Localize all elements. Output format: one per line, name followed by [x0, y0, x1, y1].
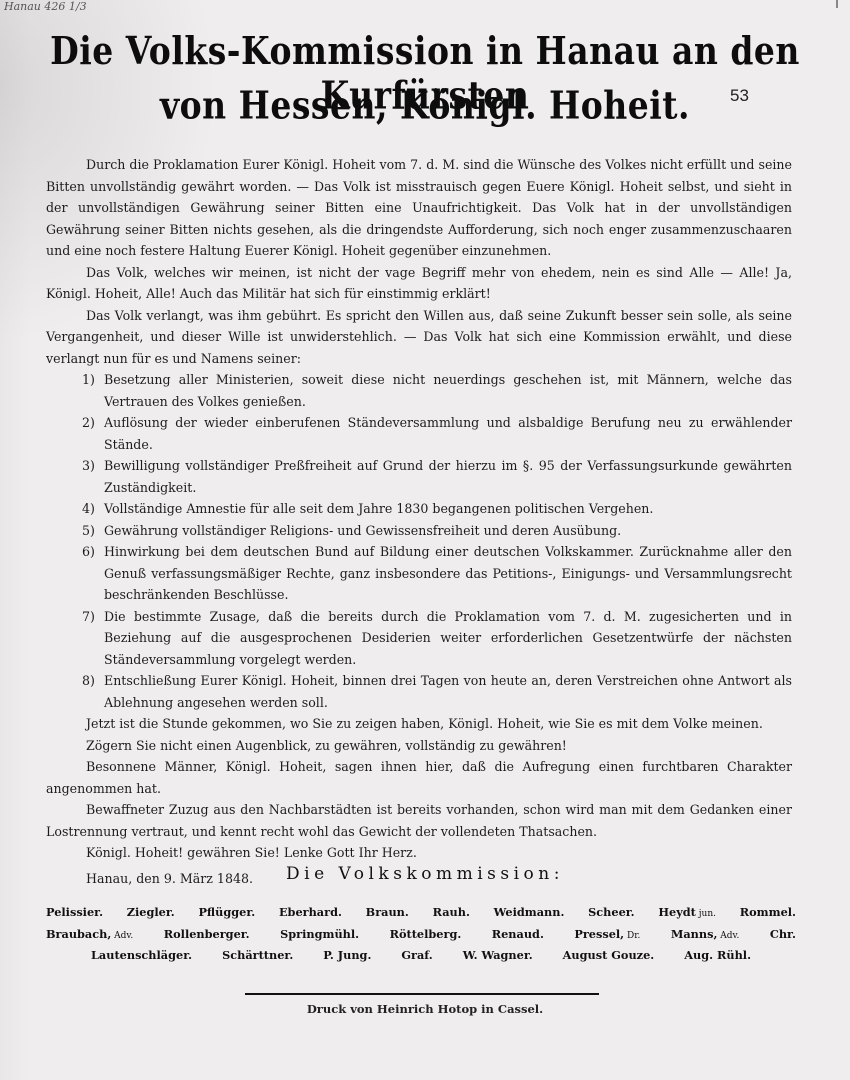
signatory-name: Springmühl.: [280, 925, 359, 947]
paragraph: Zögern Sie nicht einen Augenblick, zu ge…: [46, 735, 792, 757]
paragraph: Königl. Hoheit! gewähren Sie! Lenke Gott…: [46, 842, 792, 864]
paragraph: Durch die Proklamation Eurer Königl. Hoh…: [46, 154, 792, 262]
signatory-name: Heydt jun.: [658, 903, 716, 925]
signatory-name: Braun.: [366, 903, 409, 925]
signatory-name: Graf.: [401, 946, 432, 966]
paragraph: Besonnene Männer, Königl. Hoheit, sagen …: [46, 756, 792, 799]
demand-item: 4)Vollständige Amnestie für alle seit de…: [46, 498, 792, 520]
demand-number: 3): [82, 455, 95, 477]
signatory-name: Aug. Rühl.: [684, 946, 751, 966]
demands-list: 1)Besetzung aller Ministerien, soweit di…: [46, 369, 792, 713]
signatories-row-3: Lautenschläger.Schärttner.P. Jung.Graf.W…: [46, 946, 796, 966]
signatory-name: Chr.: [770, 925, 796, 947]
signatories: Pelissier.Ziegler.Pflügger.Eberhard.Brau…: [46, 903, 796, 966]
signatory-name: August Gouze.: [563, 946, 655, 966]
signatory-name: Lautenschläger.: [91, 946, 192, 966]
demand-text: Auflösung der wieder einberufenen Stände…: [104, 415, 792, 452]
signatory-name: Renaud.: [492, 925, 544, 947]
demand-item: 2)Auflösung der wieder einberufenen Stän…: [46, 412, 792, 455]
signatory-name: Rollenberger.: [164, 925, 250, 947]
paragraph: Bewaffneter Zuzug aus den Nachbarstädten…: [46, 799, 792, 842]
signatory-name: Ziegler.: [127, 903, 175, 925]
signatories-row-2: Braubach, Adv.Rollenberger.Springmühl.Rö…: [46, 925, 796, 947]
signatory-name: Pflügger.: [198, 903, 255, 925]
demand-text: Hinwirkung bei dem deutschen Bund auf Bi…: [104, 544, 792, 602]
signatory-name: Schärttner.: [222, 946, 293, 966]
signatory-name: Scheer.: [588, 903, 634, 925]
demand-number: 7): [82, 606, 95, 628]
signatory-title: jun.: [696, 909, 716, 919]
demand-number: 5): [82, 520, 95, 542]
signatory-name: Rommel.: [740, 903, 796, 925]
paragraph: Das Volk verlangt, was ihm gebührt. Es s…: [46, 305, 792, 370]
printer-imprint: Druck von Heinrich Hotop in Cassel.: [0, 1002, 850, 1016]
demand-item: 1)Besetzung aller Ministerien, soweit di…: [46, 369, 792, 412]
demand-text: Bewilligung vollständiger Preßfreiheit a…: [104, 458, 792, 495]
signatory-name: Pressel, Dr.: [574, 925, 640, 947]
demand-item: 3)Bewilligung vollständiger Preßfreiheit…: [46, 455, 792, 498]
page-number: 53: [730, 86, 749, 106]
signatory-name: P. Jung.: [323, 946, 371, 966]
signatory-name: Manns, Adv.: [671, 925, 740, 947]
demand-item: 5)Gewährung vollständiger Religions- und…: [46, 520, 792, 542]
signatories-row-1: Pelissier.Ziegler.Pflügger.Eberhard.Brau…: [46, 903, 796, 925]
handwritten-archive-note: Hanau 426 1/3: [4, 0, 87, 13]
signatory-name: Weidmann.: [494, 903, 565, 925]
scanned-document-page: Hanau 426 1/3 Die Volks-Kommission in Ha…: [0, 0, 850, 1080]
signatory-name: Braubach, Adv.: [46, 925, 133, 947]
demand-text: Vollständige Amnestie für alle seit dem …: [104, 501, 653, 516]
signatory-title: Dr.: [624, 931, 640, 941]
signatory-title: Adv.: [717, 931, 739, 941]
demand-number: 4): [82, 498, 95, 520]
signatory-title: Adv.: [111, 931, 133, 941]
demand-item: 8)Entschließung Eurer Königl. Hoheit, bi…: [46, 670, 792, 713]
signatory-name: Rauh.: [433, 903, 470, 925]
demand-text: Besetzung aller Ministerien, soweit dies…: [104, 372, 792, 409]
signature-heading: Die Volkskommission:: [0, 864, 850, 884]
divider-rule: [245, 993, 599, 995]
demand-number: 6): [82, 541, 95, 563]
demand-number: 8): [82, 670, 95, 692]
demand-item: 7)Die bestimmte Zusage, daß die bereits …: [46, 606, 792, 671]
document-body: Durch die Proklamation Eurer Königl. Hoh…: [46, 154, 792, 889]
demand-text: Entschließung Eurer Königl. Hoheit, binn…: [104, 673, 792, 710]
demand-text: Die bestimmte Zusage, daß die bereits du…: [104, 609, 792, 667]
paragraph: Jetzt ist die Stunde gekommen, wo Sie zu…: [46, 713, 792, 735]
demand-text: Gewährung vollständiger Religions- und G…: [104, 523, 621, 538]
demand-number: 1): [82, 369, 95, 391]
signatory-name: W. Wagner.: [463, 946, 533, 966]
demand-number: 2): [82, 412, 95, 434]
signatory-name: Pelissier.: [46, 903, 103, 925]
signatory-name: Röttelberg.: [390, 925, 462, 947]
corner-mark: [836, 0, 838, 8]
paragraph: Das Volk, welches wir meinen, ist nicht …: [46, 262, 792, 305]
demand-item: 6)Hinwirkung bei dem deutschen Bund auf …: [46, 541, 792, 606]
document-title-line-2: von Hessen, Königl. Hoheit.: [0, 83, 850, 128]
signatory-name: Eberhard.: [279, 903, 342, 925]
